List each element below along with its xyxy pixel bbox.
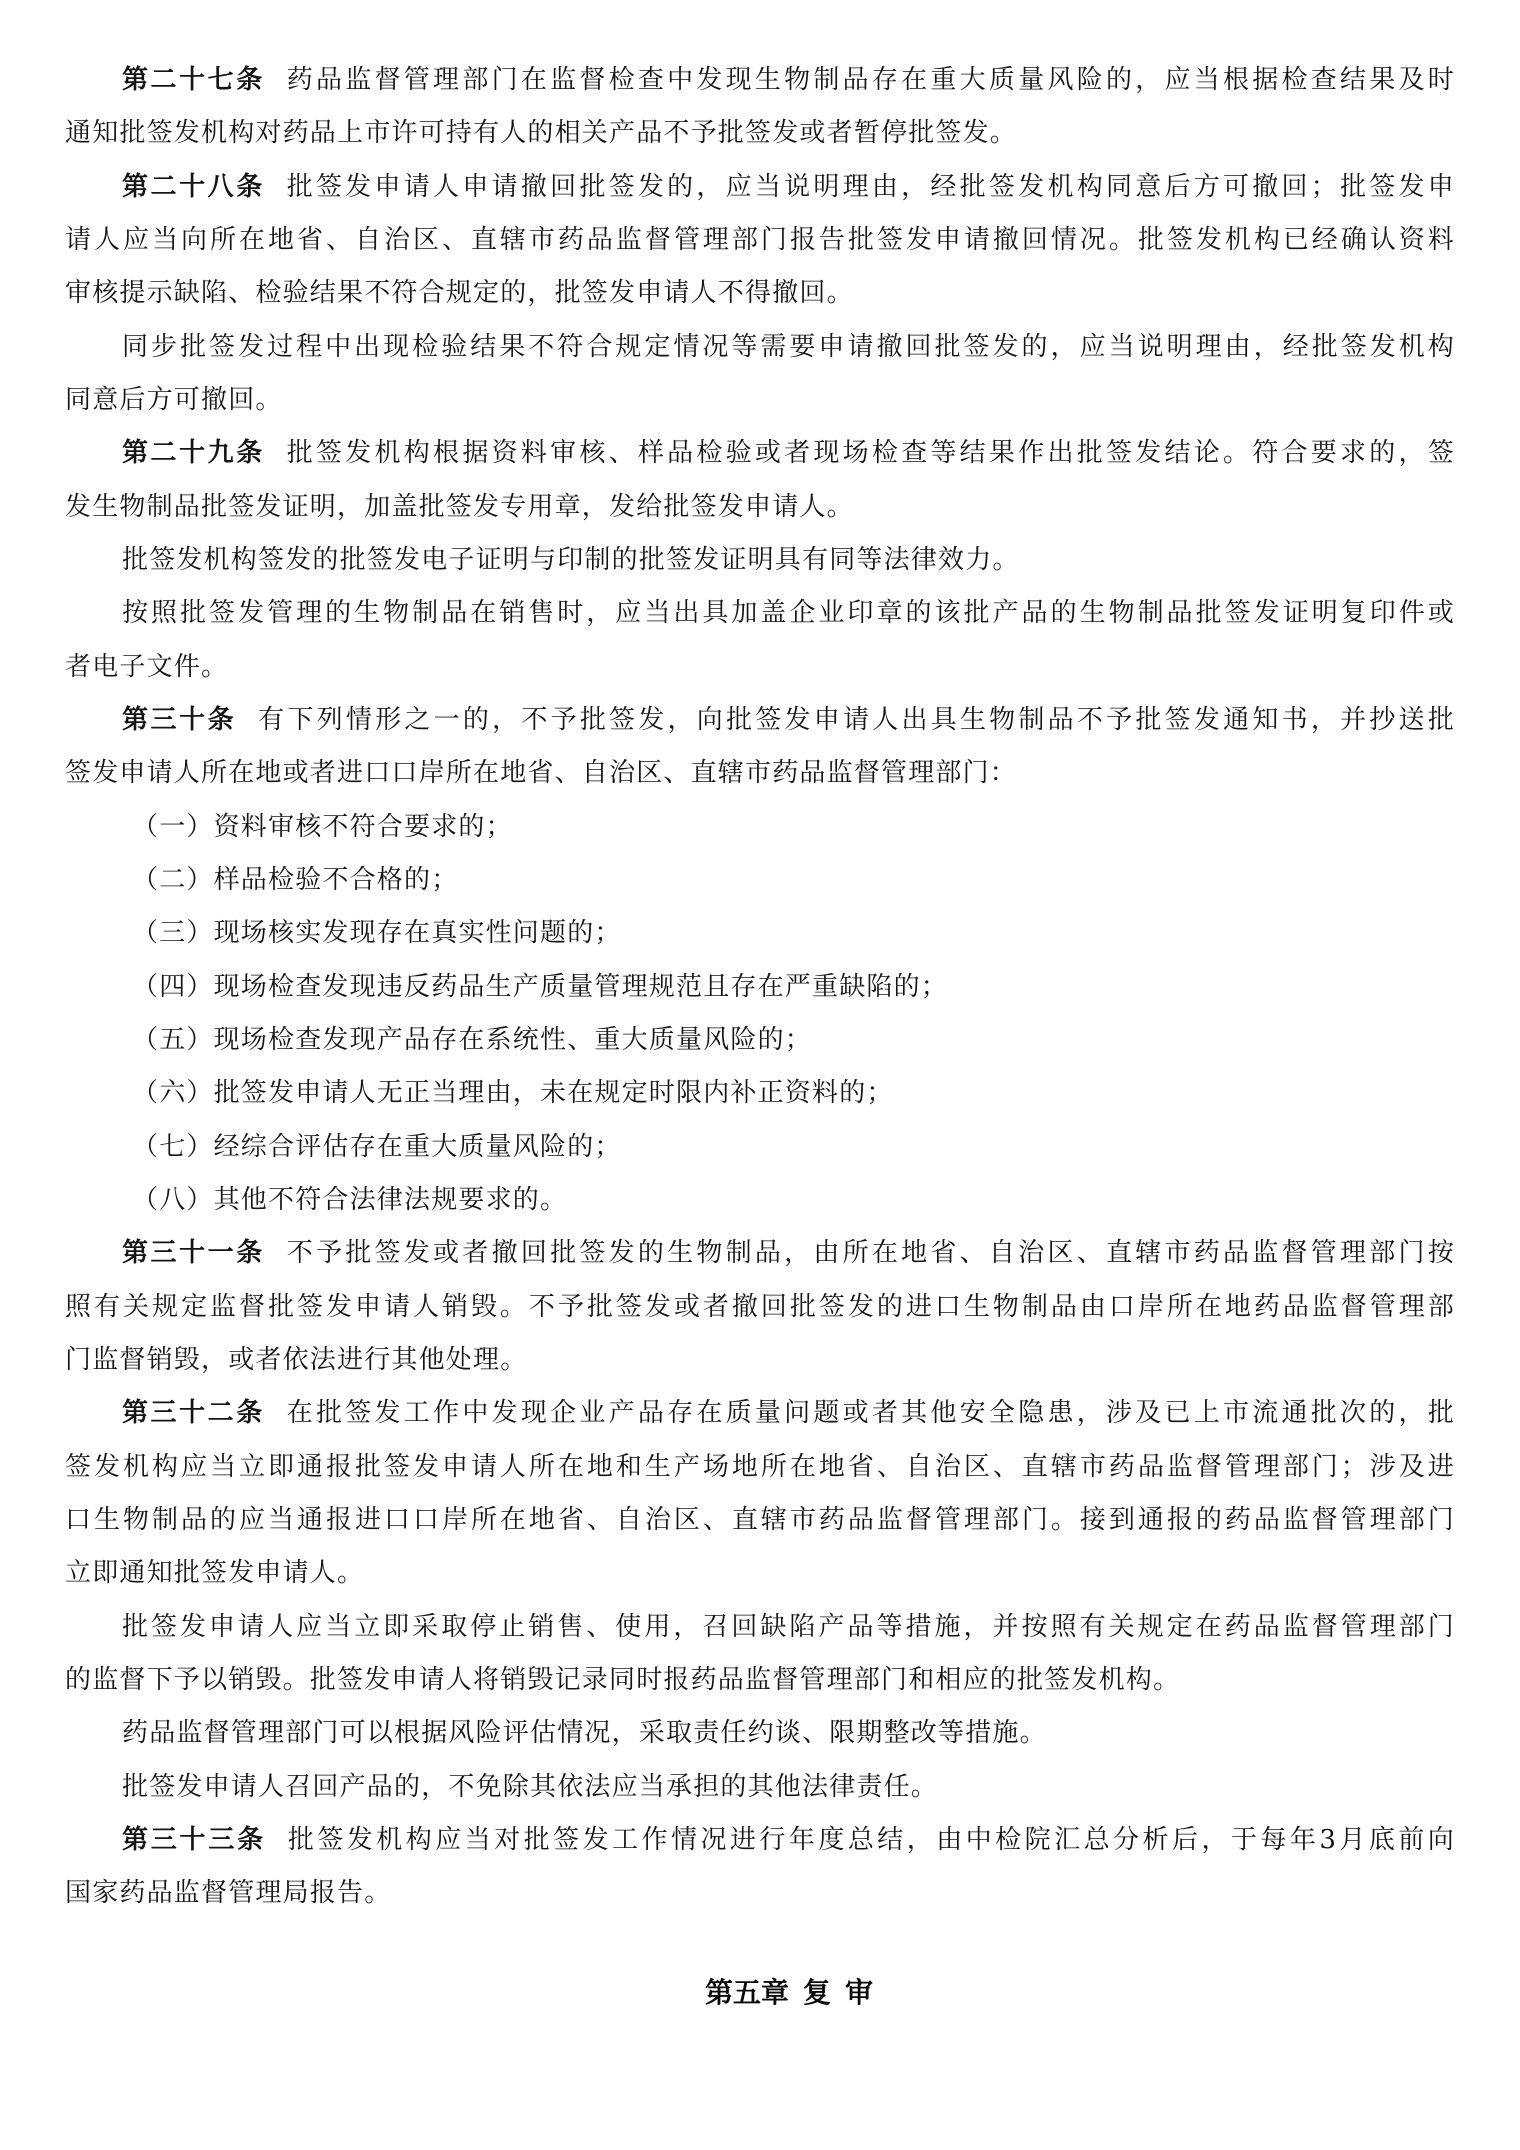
article-29-para-1: 批签发机构签发的批签发电子证明与印制的批签发证明具有同等法律效力。 — [122, 540, 1455, 580]
list-item-1: （一）资料审核不符合要求的； — [132, 807, 1455, 847]
list-item-7: （七）经综合评估存在重大质量风险的； — [132, 1127, 1455, 1167]
article-32-para-1-line-1: 批签发申请人应当立即采取停止销售、使用，召回缺陷产品等措施，并按照有关规定在药品… — [122, 1607, 1455, 1647]
list-item-8: （八）其他不符合法律法规要求的。 — [132, 1180, 1455, 1220]
article-label: 第三十三条 — [122, 1825, 266, 1855]
article-32-para-3: 批签发申请人召回产品的，不免除其依法应当承担的其他法律责任。 — [122, 1767, 1455, 1807]
article-32-para-2: 药品监督管理部门可以根据风险评估情况，采取责任约谈、限期整改等措施。 — [122, 1713, 1455, 1753]
article-text: 批签发申请人申请撤回批签发的，应当说明理由，经批签发机构同意后方可撤回；批签发申 — [287, 172, 1455, 202]
article-29-para-2-line-1: 按照批签发管理的生物制品在销售时，应当出具加盖企业印章的该批产品的生物制品批签发… — [122, 593, 1455, 633]
article-text: 药品监督管理部门在监督检查中发现生物制品存在重大质量风险的，应当根据检查结果及时 — [287, 65, 1455, 95]
article-31-line-3: 门监督销毁，或者依法进行其他处理。 — [65, 1340, 1455, 1380]
article-33-line-1: 第三十三条批签发机构应当对批签发工作情况进行年度总结，由中检院汇总分析后，于每年… — [122, 1820, 1455, 1860]
article-label: 第二十七条 — [122, 65, 265, 95]
chapter-number: 第五章 — [705, 1976, 789, 2009]
chapter-title-part-1: 复 — [803, 1976, 831, 2009]
article-28-line-3: 审核提示缺陷、检验结果不符合规定的，批签发申请人不得撤回。 — [65, 273, 1455, 313]
article-33-line-2: 国家药品监督管理局报告。 — [65, 1873, 1455, 1913]
article-29-line-2: 发生物制品批签发证明，加盖批签发专用章，发给批签发申请人。 — [65, 487, 1455, 527]
article-text: 批签发机构根据资料审核、样品检验或者现场检查等结果作出批签发结论。符合要求的，签 — [287, 438, 1455, 468]
chapter-title-part-2: 审 — [845, 1976, 873, 2009]
article-31-line-2: 照有关规定监督批签发申请人销毁。不予批签发或者撤回批签发的进口生物制品由口岸所在… — [65, 1287, 1455, 1327]
article-label: 第二十八条 — [122, 172, 265, 202]
article-32-line-4: 立即通知批签发申请人。 — [65, 1553, 1455, 1593]
article-label: 第二十九条 — [122, 438, 265, 468]
article-27-line-2: 通知批签发机构对药品上市许可持有人的相关产品不予批签发或者暂停批签发。 — [65, 113, 1455, 153]
list-item-5: （五）现场检查发现产品存在系统性、重大质量风险的； — [132, 1020, 1455, 1060]
article-28-line-2: 请人应当向所在地省、自治区、直辖市药品监督管理部门报告批签发申请撤回情况。批签发… — [65, 220, 1455, 260]
list-item-4: （四）现场检查发现违反药品生产质量管理规范且存在严重缺陷的； — [132, 967, 1455, 1007]
article-29-line-1: 第二十九条批签发机构根据资料审核、样品检验或者现场检查等结果作出批签发结论。符合… — [122, 433, 1455, 473]
article-label: 第三十条 — [122, 705, 236, 735]
article-28-line-1: 第二十八条批签发申请人申请撤回批签发的，应当说明理由，经批签发机构同意后方可撤回… — [122, 167, 1455, 207]
chapter-heading: 第五章复审 — [0, 1973, 1520, 2013]
article-text: 批签发机构应当对批签发工作情况进行年度总结，由中检院汇总分析后，于每年3月底前向 — [288, 1825, 1455, 1855]
article-label: 第三十一条 — [122, 1238, 265, 1268]
article-32-line-1: 第三十二条在批签发工作中发现企业产品存在质量问题或者其他安全隐患，涉及已上市流通… — [122, 1393, 1455, 1433]
article-text: 在批签发工作中发现企业产品存在质量问题或者其他安全隐患，涉及已上市流通批次的，批 — [287, 1398, 1455, 1428]
article-30-line-2: 签发申请人所在地或者进口口岸所在地省、自治区、直辖市药品监督管理部门： — [65, 753, 1455, 793]
article-text: 有下列情形之一的，不予批签发，向批签发申请人出具生物制品不予批签发通知书，并抄送… — [258, 705, 1455, 735]
list-item-6: （六）批签发申请人无正当理由，未在规定时限内补正资料的； — [132, 1073, 1455, 1113]
article-28-para-1-line-1: 同步批签发过程中出现检验结果不符合规定情况等需要申请撤回批签发的，应当说明理由，… — [122, 327, 1455, 367]
list-item-3: （三）现场核实发现存在真实性问题的； — [132, 913, 1455, 953]
list-item-2: （二）样品检验不合格的； — [132, 860, 1455, 900]
article-32-line-3: 口生物制品的应当通报进口口岸所在地省、自治区、直辖市药品监督管理部门。接到通报的… — [65, 1500, 1455, 1540]
article-29-para-2-line-2: 者电子文件。 — [65, 647, 1455, 687]
document-page: 第二十七条药品监督管理部门在监督检查中发现生物制品存在重大质量风险的，应当根据检… — [0, 0, 1520, 2150]
article-31-line-1: 第三十一条不予批签发或者撤回批签发的生物制品，由所在地省、自治区、直辖市药品监督… — [122, 1233, 1455, 1273]
article-32-line-2: 签发机构应当立即通报批签发申请人所在地和生产场地所在地省、自治区、直辖市药品监督… — [65, 1447, 1455, 1487]
article-30-line-1: 第三十条有下列情形之一的，不予批签发，向批签发申请人出具生物制品不予批签发通知书… — [122, 700, 1455, 740]
article-28-para-1-line-2: 同意后方可撤回。 — [65, 380, 1455, 420]
article-27-line-1: 第二十七条药品监督管理部门在监督检查中发现生物制品存在重大质量风险的，应当根据检… — [122, 60, 1455, 100]
article-label: 第三十二条 — [122, 1398, 265, 1428]
article-text: 不予批签发或者撤回批签发的生物制品，由所在地省、自治区、直辖市药品监督管理部门按 — [287, 1238, 1455, 1268]
article-32-para-1-line-2: 的监督下予以销毁。批签发申请人将销毁记录同时报药品监督管理部门和相应的批签发机构… — [65, 1660, 1455, 1700]
